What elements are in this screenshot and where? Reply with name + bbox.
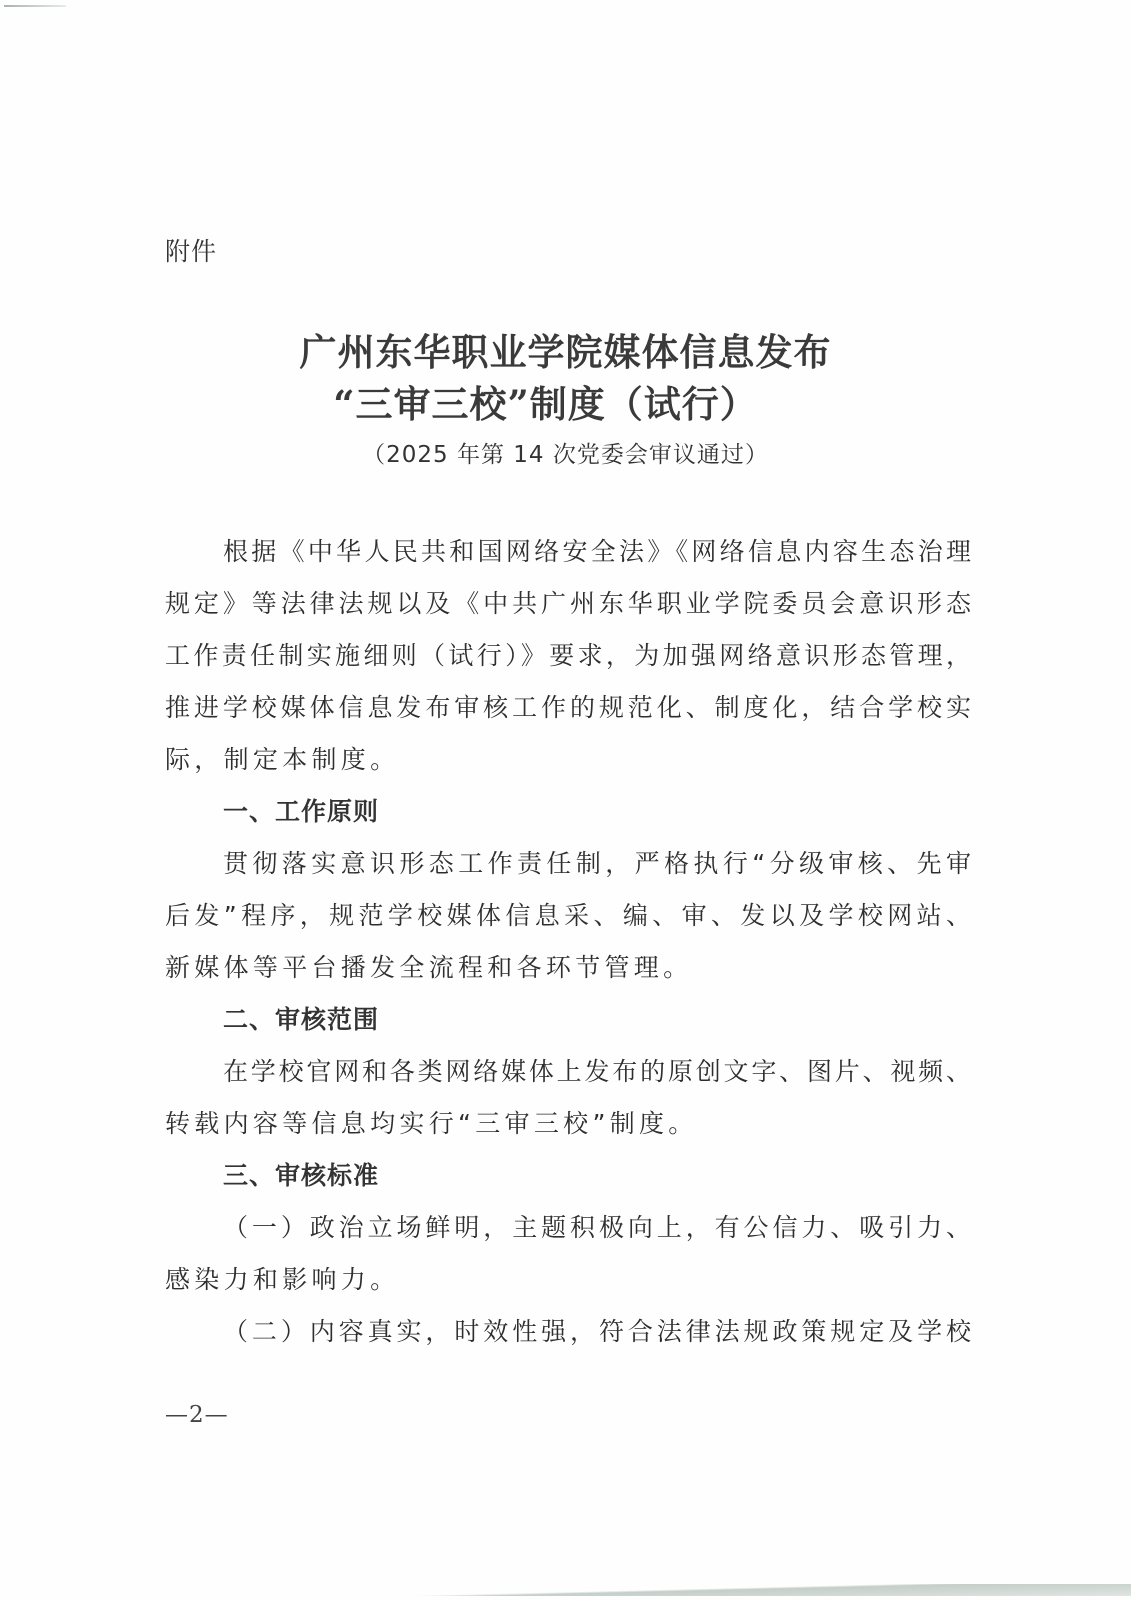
text-line: （一）政治立场鲜明，主题积极向上，有公信力、吸引力、 (165, 1202, 971, 1254)
text-line: 推进学校媒体信息发布审核工作的规范化、制度化，结合学校实 (165, 682, 971, 734)
text-line: 际，制定本制度。 (165, 734, 971, 786)
text-line: 工作责任制实施细则（试行）》要求，为加强网络意识形态管理， (165, 630, 971, 682)
scan-edge-artifact-bottom (0, 1584, 1131, 1596)
page-number: —2— (165, 1402, 229, 1428)
text-line: （二）内容真实，时效性强，符合法律法规政策规定及学校 (165, 1306, 971, 1358)
text-line: 规定》等法律法规以及《中共广州东华职业学院委员会意识形态 (165, 578, 971, 630)
document-body: 根据《中华人民共和国网络安全法》《网络信息内容生态治理 规定》等法律法规以及《中… (165, 526, 971, 1358)
section-work-principles: 一、工作原则 贯彻落实意识形态工作责任制，严格执行“分级审核、先审 后发”程序，… (165, 786, 971, 994)
section-heading: 二、审核范围 (165, 994, 971, 1046)
document-page: 附件 广州东华职业学院媒体信息发布 “三审三校”制度（试行） （2025 年第 … (0, 0, 1131, 1600)
intro-paragraph: 根据《中华人民共和国网络安全法》《网络信息内容生态治理 规定》等法律法规以及《中… (165, 526, 971, 786)
text-line: 感染力和影响力。 (165, 1254, 971, 1306)
text-line: 在学校官网和各类网络媒体上发布的原创文字、图片、视频、 (165, 1046, 971, 1098)
text-line: 贯彻落实意识形态工作责任制，严格执行“分级审核、先审 (165, 838, 971, 890)
section-review-standards: 三、审核标准 （一）政治立场鲜明，主题积极向上，有公信力、吸引力、 感染力和影响… (165, 1150, 971, 1358)
scan-edge-artifact-top (4, 5, 66, 7)
section-heading: 一、工作原则 (165, 786, 971, 838)
text-line: 根据《中华人民共和国网络安全法》《网络信息内容生态治理 (165, 526, 971, 578)
document-title-line-1: 广州东华职业学院媒体信息发布 (0, 322, 1131, 376)
section-heading: 三、审核标准 (165, 1150, 971, 1202)
document-subtitle: （2025 年第 14 次党委会审议通过） (0, 436, 1131, 469)
document-title-line-2: “三审三校”制度（试行） (0, 374, 1111, 428)
text-line: 新媒体等平台播发全流程和各环节管理。 (165, 942, 971, 994)
text-line: 转载内容等信息均实行“三审三校”制度。 (165, 1098, 971, 1150)
section-review-scope: 二、审核范围 在学校官网和各类网络媒体上发布的原创文字、图片、视频、 转载内容等… (165, 994, 971, 1150)
text-line: 后发”程序，规范学校媒体信息采、编、审、发以及学校网站、 (165, 890, 971, 942)
attachment-label: 附件 (165, 232, 217, 268)
